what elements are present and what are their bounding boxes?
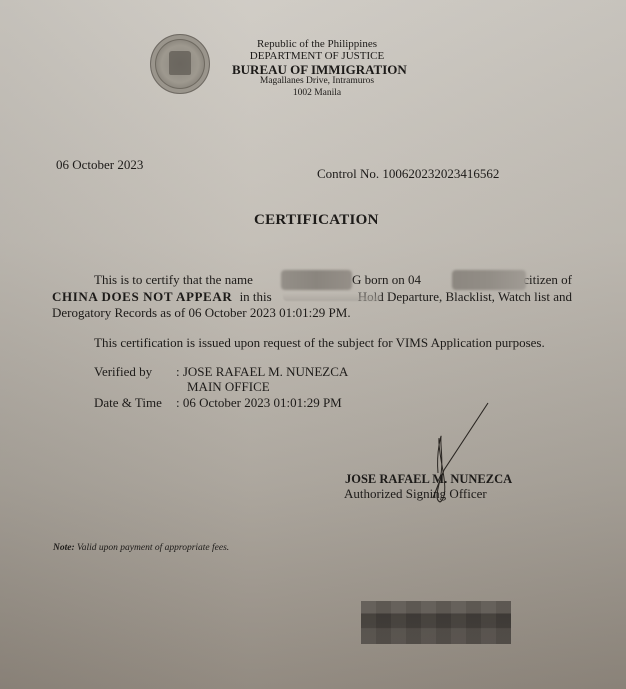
certify-line-3: Derogatory Records as of 06 October 2023… xyxy=(52,305,351,321)
letterhead-department: DEPARTMENT OF JUSTICE xyxy=(232,50,402,62)
verified-by-label: Verified by xyxy=(94,364,152,380)
note-text: Valid upon payment of appropriate fees. xyxy=(77,543,229,553)
verified-office: MAIN OFFICE xyxy=(187,379,270,395)
verified-by-value: : JOSE RAFAEL M. NUNEZCA xyxy=(176,364,348,380)
control-number: Control No. 100620232023416562 xyxy=(317,166,499,182)
document-title: CERTIFICATION xyxy=(254,212,379,229)
issue-date: 06 October 2023 xyxy=(56,157,143,173)
certify-text-start: This is to certify that the name xyxy=(94,272,253,287)
purpose-paragraph: This certification is issued upon reques… xyxy=(94,335,545,351)
signatory-name: JOSE RAFAEL M. NUNEZCA xyxy=(345,472,512,487)
redacted-name xyxy=(281,270,352,290)
certify-text-records: Hold Departure, Blacklist, Watch list an… xyxy=(358,289,572,305)
certify-text-in-this: in this xyxy=(240,289,272,304)
signatory-role: Authorized Signing Officer xyxy=(344,486,487,502)
datetime-label: Date & Time xyxy=(94,395,162,411)
letterhead-republic: Republic of the Philippines xyxy=(232,38,402,50)
note-label: Note: xyxy=(53,543,75,553)
not-appear-statement: CHINA DOES NOT APPEAR xyxy=(52,289,232,304)
fee-note: Note: Valid upon payment of appropriate … xyxy=(53,543,229,553)
bureau-seal-icon xyxy=(150,34,210,94)
redacted-birthdate xyxy=(452,270,526,290)
faded-text-bureau xyxy=(283,292,381,301)
datetime-value: : 06 October 2023 01:01:29 PM xyxy=(176,395,342,411)
letterhead-address: Magallanes Drive, Intramuros xyxy=(232,76,402,86)
certify-text-born: G born on 04 xyxy=(352,272,421,288)
redacted-barcode-area xyxy=(361,601,511,644)
letterhead-city: 1002 Manila xyxy=(232,88,402,98)
certify-text-citizen: citizen of xyxy=(523,272,572,288)
